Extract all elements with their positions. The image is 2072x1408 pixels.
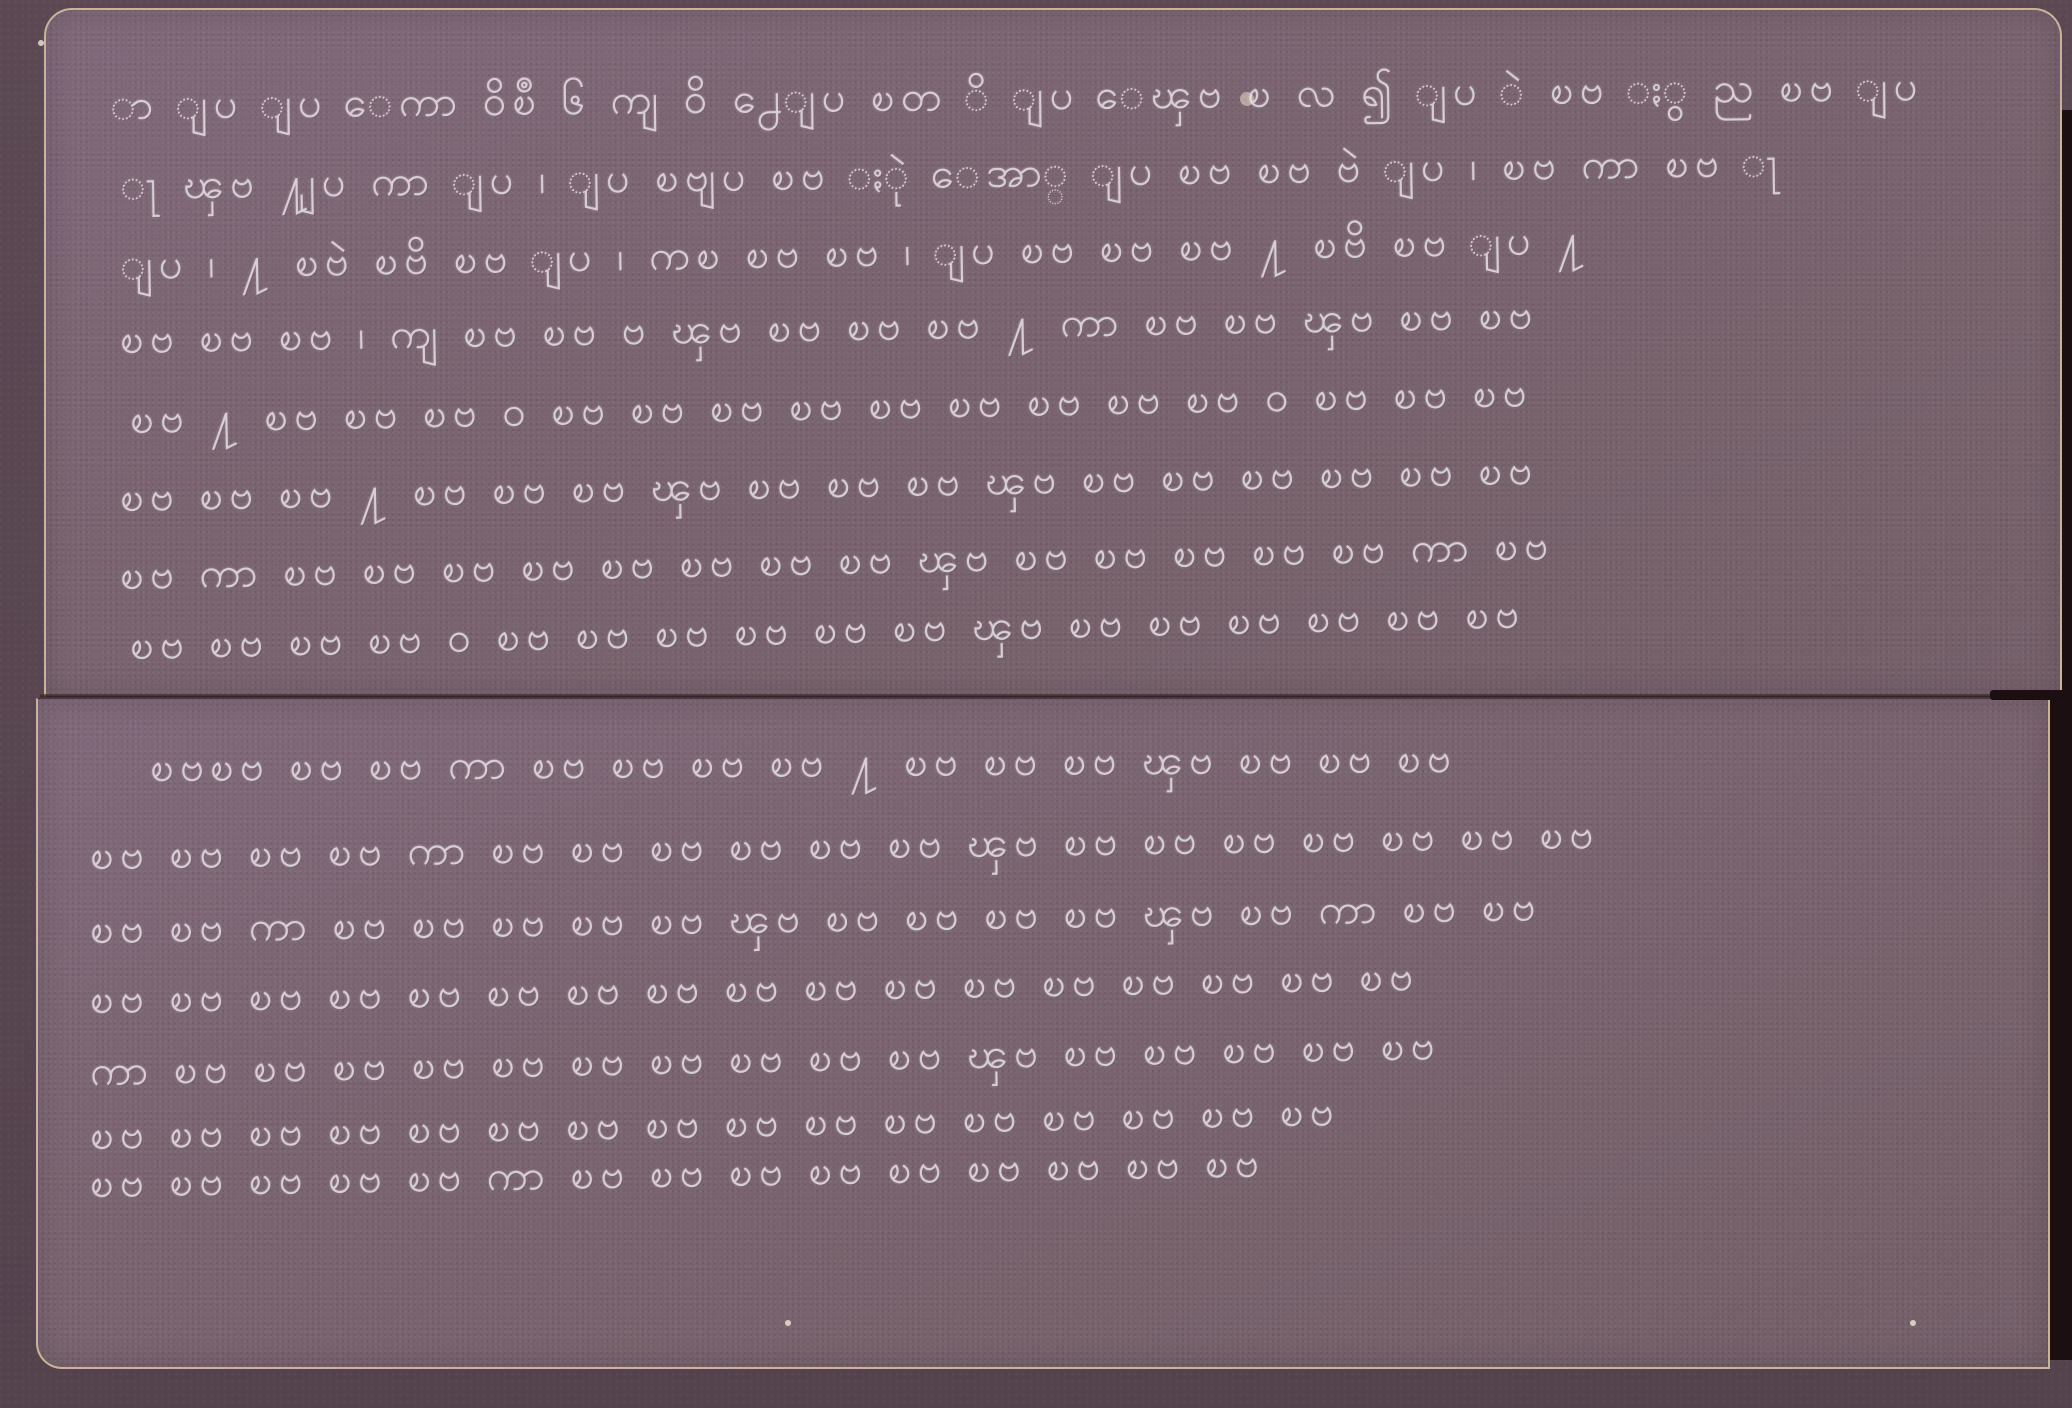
speck <box>38 40 44 46</box>
manuscript-line: ၿဗၿဗ ၿဗ ၿဗ ကာ ၿဗ ၿဗ ၿဗ ၿဗ ႔ ၿဗ ၿဗ ၿဗ ၾဗ … <box>150 728 1930 802</box>
speck <box>1240 92 1254 106</box>
lower-text-block: ၿဗၿဗ ၿဗ ၿဗ ကာ ၿဗ ၿဗ ၿဗ ၿဗ ႔ ၿဗ ၿဗ ၿဗ ၾဗ … <box>0 0 2072 1408</box>
speck <box>785 1320 791 1326</box>
speck <box>1910 1320 1916 1326</box>
